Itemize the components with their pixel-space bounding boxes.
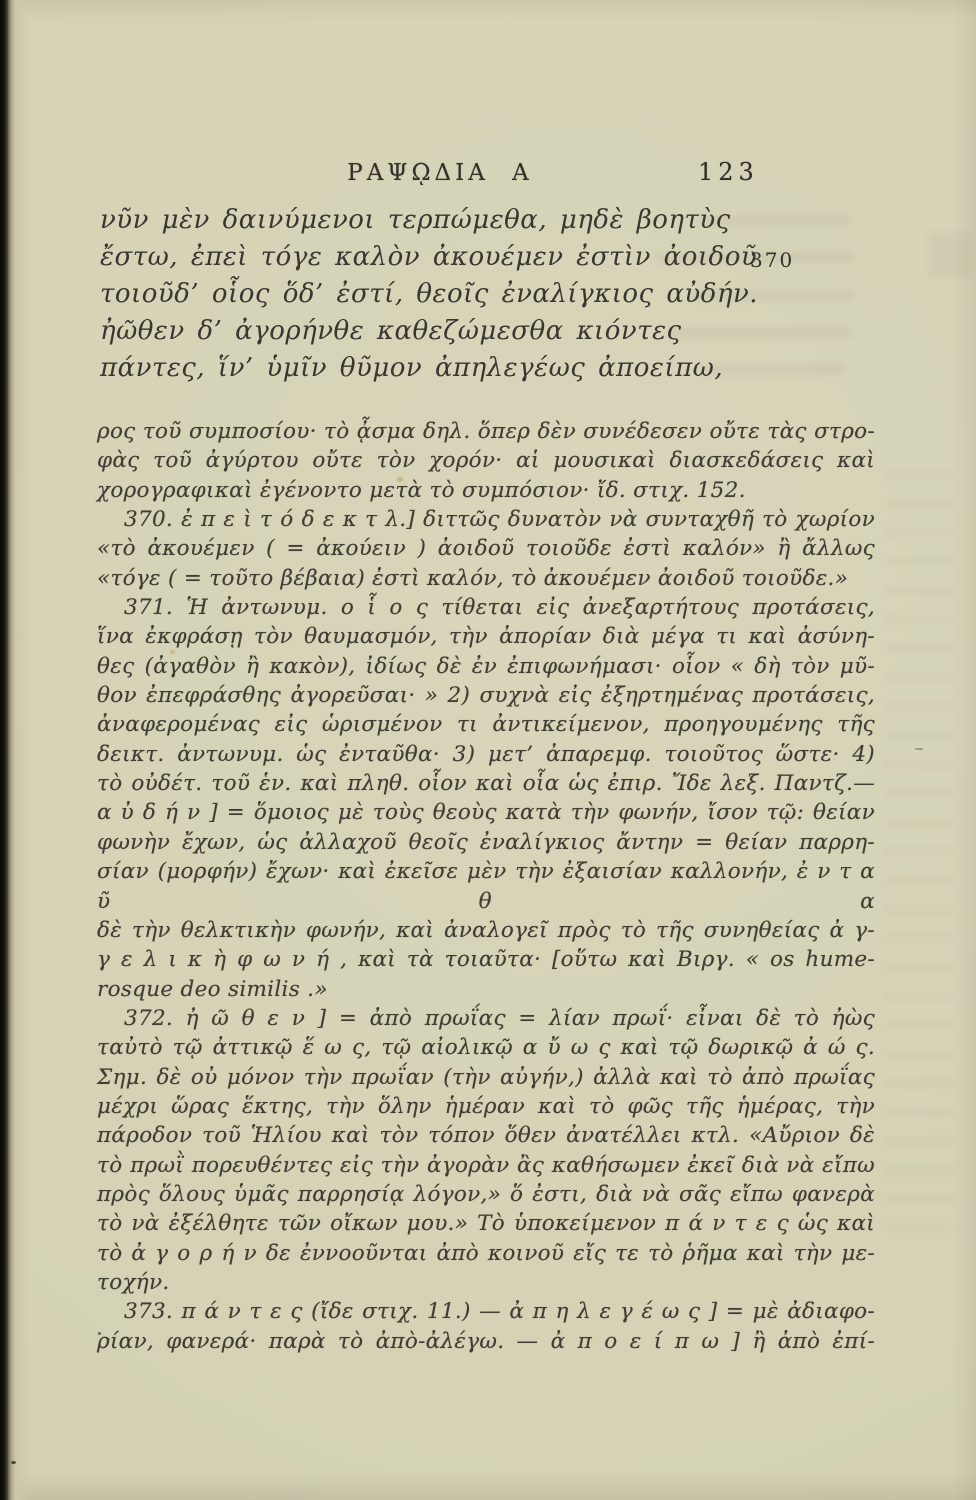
verse-line: ἔστω, ἐπεὶ τόγε καλὸν ἀκουέμεν ἐστὶν ἀοι…: [100, 239, 800, 276]
commentary-line: 373. π ά ν τ ε ς (ἴδε στιχ. 11.) — ἀ π η…: [97, 1297, 875, 1326]
commentary-line: φωνὴν ἔχων, ὡς ἀλλαχοῦ θεοῖς ἐναλίγκιος …: [97, 828, 875, 857]
commentary-line: ταὐτὸ τῷ ἀττικῷ ἕ ω ς, τῷ αἰολικῷ α ὔ ω …: [97, 1033, 875, 1062]
commentary-line: ἵνα ἐκφράσῃ τὸν θαυμασμόν, τὴν ἀπορίαν δ…: [97, 622, 875, 651]
commentary-line: ρίαν, φανερά· παρὰ τὸ ἀπὸ-ἀλέγω. — ἀ π ο…: [97, 1327, 875, 1356]
verse-line: ἠῶθεν δ’ ἀγορήνθε καθεζώμεσθα κιόντες: [100, 313, 800, 350]
paper-speck: [397, 477, 403, 482]
commentary-line: φὰς τοῦ ἀγύρτου οὔτε τὸν χορόν· αἱ μουσι…: [97, 446, 875, 475]
commentary-line: τὸ πρωῒ πορευθέντες εἰς τὴν ἀγορὰν ἂς κα…: [97, 1151, 875, 1180]
commentary-line: θες (ἀγαθὸν ἢ κακὸν), ἰδίως δὲ ἐν ἐπιφων…: [97, 652, 875, 681]
commentary-line: «τὸ ἀκουέμεν ( = ἀκούειν ) ἀοιδοῦ τοιοῦδ…: [97, 534, 875, 563]
showthrough-smudge: [884, 470, 954, 1230]
commentary-line: μέχρι ὥρας ἕκτης, τὴν ὅλην ἡμέραν καὶ τὸ…: [97, 1092, 875, 1121]
commentary-line: θον ἐπεφράσθης ἀγορεῦσαι· » 2) συχνὰ εἰς…: [97, 681, 875, 710]
commentary-line: τοχήν.: [97, 1268, 875, 1297]
page-number: 123: [698, 158, 759, 186]
verse-line-number: 370: [750, 248, 794, 272]
paper-speck: [98, 1332, 101, 1335]
commentary-line: 370. ἐ π ε ὶ τ ό δ ε κ τ λ.] διττῶς δυνα…: [97, 505, 875, 534]
showthrough-smudge: [928, 232, 972, 278]
verse-line: τοιοῦδ’ οἷος ὅδ’ ἐστί, θεοῖς ἐναλίγκιος …: [100, 276, 800, 313]
commentary-line: 371. Ἡ ἀντωνυμ. ο ἷ ο ς τίθεται εἰς ἀνεξ…: [97, 593, 875, 622]
paper-speck: [170, 650, 175, 654]
commentary-line: τὸ νὰ ἐξέλθητε τῶν οἴκων μου.» Τὸ ὑποκεί…: [97, 1209, 875, 1238]
paper-speck: [108, 1338, 110, 1340]
commentary-line: τὸ οὐδέτ. τοῦ ἑν. καὶ πληθ. οἷον καὶ οἷα…: [97, 769, 875, 798]
paper-speck: [11, 1461, 16, 1464]
running-title: ΡΑΨῼΔΙΑ Α: [340, 159, 540, 187]
commentary-line: πρὸς ὅλους ὑμᾶς παρρησίᾳ λόγον,» ὅ ἐστι,…: [97, 1180, 875, 1209]
verse-block: νῦν μὲν δαινύμενοι τερπώμεθα, μηδὲ βοητὺ…: [100, 202, 800, 387]
verse-line: νῦν μὲν δαινύμενοι τερπώμεθα, μηδὲ βοητὺ…: [100, 202, 800, 239]
commentary-line: rosque deo similis .»: [97, 975, 875, 1004]
paper-speck: [915, 748, 923, 750]
commentary-line: ἀναφερομένας εἰς ὡρισμένον τι ἀντικείμεν…: [97, 710, 875, 739]
verse-line: πάντες, ἵν’ ὑμῖν θῦμον ἀπηλεγέως ἀποείπω…: [100, 350, 800, 387]
commentary-line: «τόγε ( = τοῦτο βέβαια) ἐστὶ καλόν, τὸ ἀ…: [97, 564, 875, 593]
commentary-line: ρος τοῦ συμποσίου· τὸ ᾆσμα δηλ. ὅπερ δὲν…: [97, 417, 875, 446]
commentary-line: 372. ἠ ῶ θ ε ν ] = ἀπὸ πρωΐας = λίαν πρω…: [97, 1004, 875, 1033]
commentary-line: σίαν (μορφήν) ἔχων· καὶ ἐκεῖσε μὲν τὴν ἐ…: [97, 857, 875, 916]
commentary-line: Σημ. δὲ οὐ μόνον τὴν πρωΐαν (τὴν αὐγήν,)…: [97, 1063, 875, 1092]
commentary-line: δεικτ. ἀντωνυμ. ὡς ἐνταῦθα· 3) μετ’ ἀπαρ…: [97, 740, 875, 769]
commentary-line: α ὐ δ ή ν ] = ὅμοιος μὲ τοὺς θεοὺς κατὰ …: [97, 798, 875, 827]
commentary-line: δὲ τὴν θελκτικὴν φωνήν, καὶ ἀναλογεῖ πρὸ…: [97, 916, 875, 945]
commentary-block: ρος τοῦ συμποσίου· τὸ ᾆσμα δηλ. ὅπερ δὲν…: [97, 417, 875, 1356]
commentary-line: γ ε λ ι κ ὴ φ ω ν ή , καὶ τὰ τοιαῦτα· [ο…: [97, 945, 875, 974]
commentary-line: τὸ ἀ γ ο ρ ή ν δε ἐννοοῦνται ἀπὸ κοινοῦ …: [97, 1239, 875, 1268]
commentary-line: χορογραφικαὶ ἐγένοντο μετὰ τὸ συμπόσιον·…: [97, 476, 875, 505]
book-page: ΡΑΨῼΔΙΑ Α 123 νῦν μὲν δαινύμενοι τερπώμε…: [0, 0, 976, 1500]
commentary-line: πάροδον τοῦ Ἡλίου καὶ τὸν τόπον ὅθεν ἀνα…: [97, 1121, 875, 1150]
